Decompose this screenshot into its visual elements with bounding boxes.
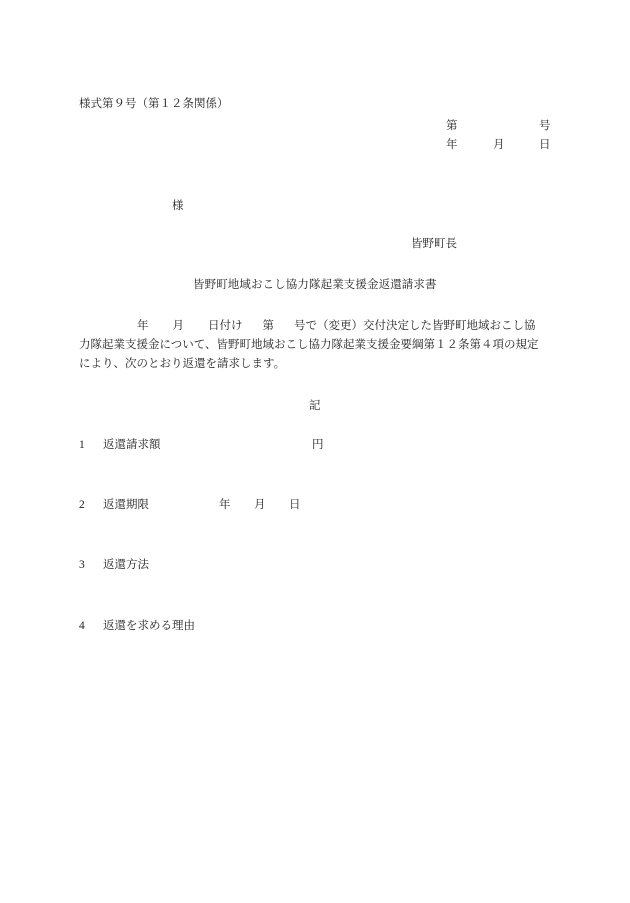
document-page: 様式第９号（第１２条関係） 第 号 年 月 日 様 皆野町長 皆野町地域おこし協… [0, 0, 630, 903]
body-month-label: 月 [173, 320, 185, 332]
item-refund-method: 3返還方法 [79, 557, 149, 573]
document-title: 皆野町地域おこし協力隊起業支援金返還請求書 [193, 277, 437, 293]
doc-number-prefix: 第 [446, 118, 458, 134]
body-number-prefix: 第 [263, 320, 275, 332]
item-label: 返還請求額 [103, 439, 161, 451]
body-line-1-rest: 号で（変更）交付決定した皆野町地域おこし協 [294, 320, 536, 332]
yen-unit-label: 円 [312, 437, 324, 453]
ki-heading: 記 [309, 398, 321, 414]
item-refund-deadline: 2返還期限 [79, 497, 149, 513]
date-month-label: 月 [493, 137, 505, 153]
doc-number-suffix: 号 [539, 118, 551, 134]
body-dated-label: 日付け [208, 320, 243, 332]
form-number: 様式第９号（第１２条関係） [79, 96, 229, 112]
deadline-day-label: 日 [289, 497, 301, 513]
item-refund-reason: 4返還を求める理由 [79, 618, 195, 634]
deadline-month-label: 月 [254, 497, 266, 513]
item-label: 返還を求める理由 [103, 620, 195, 632]
item-number: 3 [79, 557, 103, 573]
date-year-label: 年 [446, 137, 458, 153]
body-paragraph-line-3: により、次のとおり返還を請求します。 [79, 356, 559, 372]
item-number: 4 [79, 618, 103, 634]
addressee-honorific: 様 [172, 198, 184, 214]
deadline-year-label: 年 [219, 497, 231, 513]
item-number: 1 [79, 437, 103, 453]
item-label: 返還方法 [103, 559, 149, 571]
body-paragraph-line-2: 力隊起業支援金について、皆野町地域おこし協力隊起業支援金要綱第１２条第４項の規定 [79, 337, 559, 353]
body-paragraph-line-1: 年月日付け第号で（変更）交付決定した皆野町地域おこし協 [79, 318, 559, 334]
body-year-label: 年 [137, 320, 149, 332]
issuer-name: 皆野町長 [411, 236, 457, 252]
item-number: 2 [79, 497, 103, 513]
item-refund-amount: 1返還請求額 [79, 437, 161, 453]
item-label: 返還期限 [103, 499, 149, 511]
date-day-label: 日 [539, 137, 551, 153]
